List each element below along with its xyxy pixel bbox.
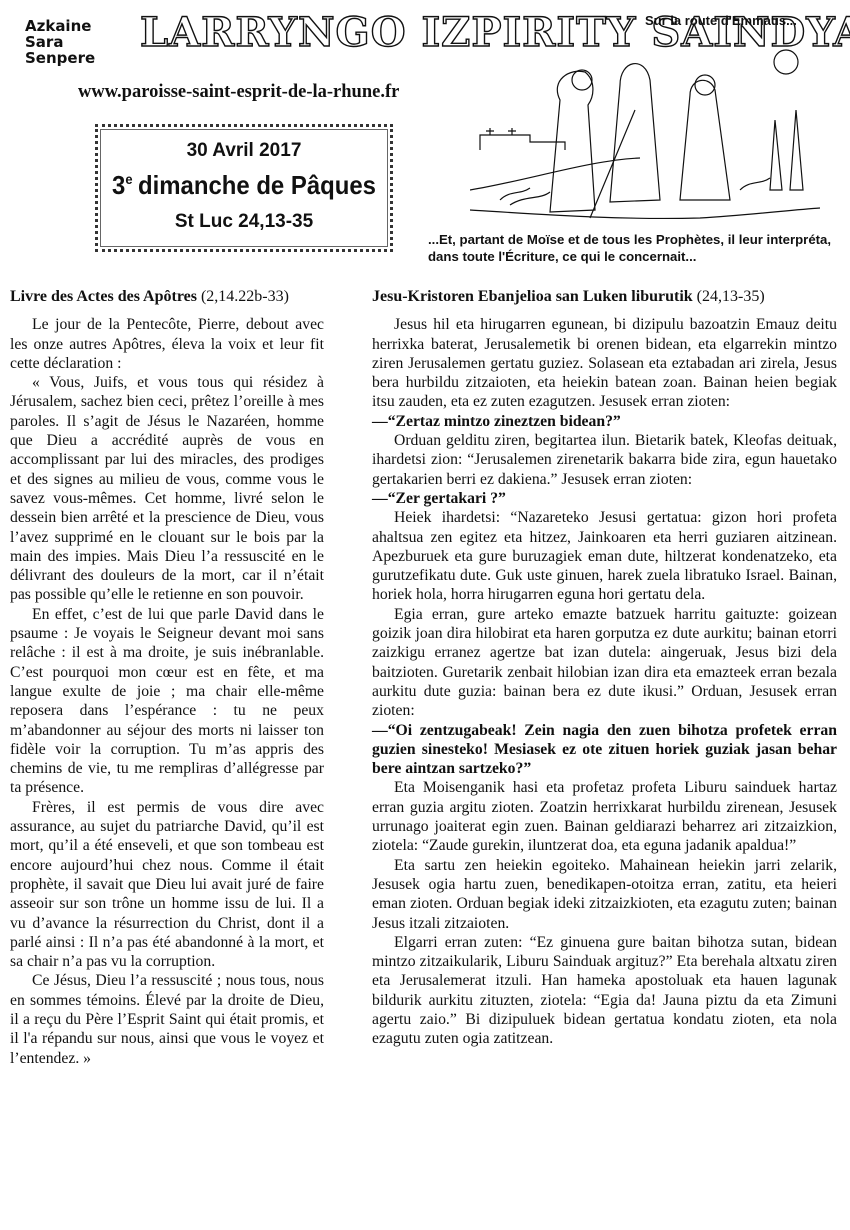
page-header: Azkaine Sara Senpere LARRYNGO IZPIRITY S… [0, 0, 850, 280]
illustration-caption: ...Et, partant de Moïse et de tous les P… [428, 231, 838, 265]
gospel-column: Jesu-Kristoren Ebanjelioa san Luken libu… [372, 287, 837, 1049]
liturgical-sunday: 3edimanche de Pâques [110, 170, 379, 201]
date: 30 Avril 2017 [98, 140, 390, 162]
village-name: Sara [25, 34, 95, 50]
paragraph: Frères, il est permis de vous dire avec … [10, 798, 324, 972]
gospel-reference: (24,13-35) [697, 288, 765, 305]
emmaus-road-illustration [470, 40, 820, 225]
gospel-title: Jesu-Kristoren Ebanjelioa san Luken libu… [372, 288, 693, 305]
paragraph: Elgarri erran zuten: “Ez ginuena gure ba… [372, 933, 837, 1049]
first-reading-title: Livre des Actes des Apôtres [10, 288, 197, 305]
village-name: Senpere [25, 50, 95, 66]
village-names: Azkaine Sara Senpere [25, 18, 95, 66]
quote: —“Zertaz mintzo zineztzen bidean?” [372, 412, 837, 431]
paragraph: Eta sartu zen heiekin egoiteko. Mahainea… [372, 856, 837, 933]
gospel-heading: Jesu-Kristoren Ebanjelioa san Luken libu… [372, 287, 837, 306]
quote: —“Oi zentzugabeak! Zein nagia den zuen b… [372, 721, 837, 779]
paragraph: Le jour de la Pentecôte, Pierre, debout … [10, 315, 324, 373]
date-box: 30 Avril 2017 3edimanche de Pâques St Lu… [95, 124, 393, 252]
illustration-title: Sur la route d'Emmaüs... [645, 13, 797, 28]
quote: —“Zer gertakari ?” [372, 489, 837, 508]
first-reading-column: Livre des Actes des Apôtres (2,14.22b-33… [10, 287, 324, 1068]
village-name: Azkaine [25, 18, 95, 34]
sun-icon [774, 50, 798, 74]
ordinal-suffix: e [125, 171, 132, 187]
paragraph: Heiek ihardetsi: “Nazareteko Jesusi gert… [372, 508, 837, 604]
first-reading-heading: Livre des Actes des Apôtres (2,14.22b-33… [10, 287, 324, 306]
paragraph: Egia erran, gure arteko emazte batzuek h… [372, 605, 837, 721]
website-url[interactable]: www.paroisse-saint-esprit-de-la-rhune.fr [78, 82, 399, 103]
paragraph: Orduan gelditu ziren, begitartea ilun. B… [372, 431, 837, 489]
sunday-name: dimanche de Pâques [138, 170, 376, 200]
paragraph: Jesus hil eta hirugarren egunean, bi diz… [372, 315, 837, 411]
gospel-reference: St Luc 24,13-35 [98, 211, 390, 233]
paragraph: Eta Moisenganik hasi eta profetaz profet… [372, 778, 837, 855]
ordinal-number: 3 [112, 170, 125, 200]
paragraph: En effet, c’est de lui que parle David d… [10, 605, 324, 798]
paragraph: « Vous, Juifs, et vous tous qui résidez … [10, 373, 324, 605]
paragraph: Ce Jésus, Dieu l’a ressuscité ; nous tou… [10, 971, 324, 1067]
first-reading-reference: (2,14.22b-33) [201, 288, 289, 305]
